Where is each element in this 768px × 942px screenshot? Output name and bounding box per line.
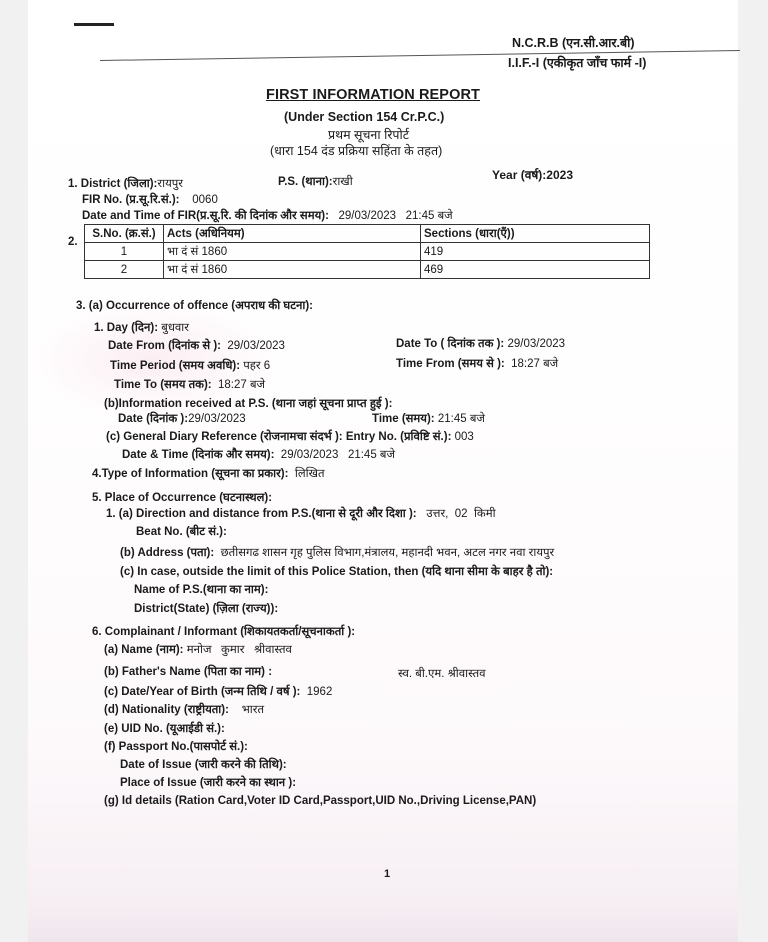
info-time-field: Time (समय): 21:45 बजे [372,411,485,426]
district-field: 1. District (जिला):रायपुर [68,176,183,191]
document-subtitle: (Under Section 154 Cr.P.C.) [284,110,444,124]
day-value: बुधवार [161,322,189,334]
date-to-field: Date To ( दिनांक तक ): 29/03/2023 [396,336,565,351]
date-to-value: 29/03/2023 [507,338,565,350]
info-type-value: लिखित [295,468,325,480]
date-from-value: 29/03/2023 [227,340,285,352]
occurrence-heading: 3. (a) Occurrence of offence (अपराध की घ… [76,298,313,313]
year-label: Year (वर्ष): [492,168,546,182]
info-type-field: 4.Type of Information (सूचना का प्रकार):… [92,466,325,481]
info-date-value: 29/03/2023 [188,413,246,425]
section-cell: 469 [421,261,650,279]
day-label: 1. Day (दिन): [94,322,158,334]
complainant-name-field: (a) Name (नाम): मनोज कुमार श्रीवास्तव [104,642,292,657]
date-to-label: Date To ( दिनांक तक ): [396,338,504,350]
date-from-field: Date From (दिनांक से ): 29/03/2023 [108,338,285,353]
father-name-field: (b) Father's Name (पिता का नाम) : [104,664,272,679]
direction-label: 1. (a) Direction and distance from P.S.(… [106,508,417,520]
gd-label: (c) General Diary Reference (रोजनामचा सं… [106,431,343,443]
uid-label: (e) UID No. (यूआईडी सं.): [104,721,225,736]
district-value: रायपुर [157,178,183,190]
nationality-label: (d) Nationality (राष्ट्रीयता): [104,704,229,716]
table-row: 1 भा दं सं 1860 419 [85,243,650,261]
gd-datetime-label: Date & Time (दिनांक और समय): [122,449,274,461]
entry-value: 003 [455,431,474,443]
nationality-value: भारत [242,704,264,716]
iif-form-label: I.I.F.-I (एकीकृत जाँच फार्म -I) [508,54,646,71]
place-heading: 5. Place of Occurrence (घटनास्थल): [92,490,272,505]
sno-cell: 2 [85,261,164,279]
time-period-field: Time Period (समय अवधि): पहर 6 [110,358,270,373]
nationality-field: (d) Nationality (राष्ट्रीयता): भारत [104,702,264,717]
fir-datetime-value: 29/03/2023 21:45 बजे [339,210,453,222]
info-date-field: Date (दिनांक ):29/03/2023 [118,411,246,426]
pen-mark [74,23,114,26]
complainant-heading: 6. Complainant / Informant (शिकायतकर्ता/… [92,624,355,639]
page-number: 1 [384,868,390,880]
gd-datetime-value: 29/03/2023 21:45 बजे [281,449,395,461]
info-type-label: 4.Type of Information (सूचना का प्रकार): [92,468,288,480]
time-period-value: पहर 6 [243,360,270,372]
fir-number-field: FIR No. (प्र.सू.रि.सं.): 0060 [82,192,218,207]
act-cell: भा दं सं 1860 [164,243,421,261]
sno-cell: 1 [85,243,164,261]
document-title: FIRST INFORMATION REPORT [266,87,480,103]
dob-label: (c) Date/Year of Birth (जन्म तिथि / वर्ष… [104,686,300,698]
ps-name-label: Name of P.S.(थाना का नाम): [134,582,268,597]
time-to-label: Time To (समय तक): [114,379,212,391]
time-to-field: Time To (समय तक): 18:27 बजे [114,377,265,392]
year-field: Year (वर्ष):2023 [492,166,573,183]
fir-datetime-label: Date and Time of FIR(प्र.सू.रि. की दिनां… [82,210,329,222]
address-value: छतीसगढ शासन गृह पुलिस विभाग,मंत्रालय, मह… [221,547,555,559]
father-name-label: (b) Father's Name (पिता का नाम) : [104,666,272,678]
document-subtitle-hindi: (धारा 154 दंड प्रक्रिया सहिंता के तहत) [270,142,442,159]
act-cell: भा दं सं 1860 [164,261,421,279]
table-row: 2 भा दं सं 1860 469 [85,261,650,279]
address-field: (b) Address (पता): छतीसगढ शासन गृह पुलिस… [120,545,554,560]
issue-date-label: Date of Issue (जारी करने की तिथि): [120,757,287,772]
address-label: (b) Address (पता): [120,547,214,559]
dob-value: 1962 [307,686,333,698]
document-title-hindi: प्रथम सूचना रिपोर्ट [328,126,409,143]
direction-field: 1. (a) Direction and distance from P.S.(… [106,506,496,521]
info-date-label: Date (दिनांक ): [118,413,188,425]
direction-value: उत्तर, 02 किमी [426,508,495,520]
fir-number-value: 0060 [192,194,218,206]
section-cell: 419 [421,243,650,261]
acts-header: Acts (अधिनियम) [164,225,421,243]
entry-label: Entry No. (प्रविष्टि सं.): [346,431,452,443]
dob-field: (c) Date/Year of Birth (जन्म तिथि / वर्ष… [104,684,332,699]
district-state-label: District(State) (ज़िला (राज्य)): [134,601,278,616]
table-header-row: S.No. (क्र.सं.) Acts (अधिनियम) Sections … [85,225,650,243]
info-received-heading: (b)Information received at P.S. (थाना जह… [104,396,392,411]
name-label: (a) Name (नाम): [104,644,184,656]
issue-place-label: Place of Issue (जारी करने का स्थान ): [120,775,296,790]
time-from-field: Time From (समय से ): 18:27 बजे [396,356,558,371]
time-period-label: Time Period (समय अवधि): [110,360,240,372]
section-2-number: 2. [68,236,78,248]
district-label: 1. District (जिला): [68,178,157,190]
ps-label: P.S. (थाना): [278,176,333,188]
time-from-value: 18:27 बजे [511,358,558,370]
time-to-value: 18:27 बजे [218,379,265,391]
day-field: 1. Day (दिन): बुधवार [94,320,189,335]
beat-number-label: Beat No. (बीट सं.): [136,524,227,539]
passport-label: (f) Passport No.(पासपोर्ट सं.): [104,739,248,754]
sections-header: Sections (धारा(एँ)) [421,225,650,243]
gd-datetime-field: Date & Time (दिनांक और समय): 29/03/2023 … [122,447,395,462]
info-time-value: 21:45 बजे [438,413,485,425]
fir-datetime-field: Date and Time of FIR(प्र.सू.रि. की दिनां… [82,208,453,223]
id-details-label: (g) Id details (Ration Card,Voter ID Car… [104,795,536,807]
ps-value: राखी [333,176,353,188]
fir-number-label: FIR No. (प्र.सू.रि.सं.): [82,194,179,206]
sno-header: S.No. (क्र.सं.) [85,225,164,243]
year-value: 2023 [546,168,573,182]
info-time-label: Time (समय): [372,413,435,425]
acts-sections-table: S.No. (क्र.सं.) Acts (अधिनियम) Sections … [84,224,650,279]
father-name-value: स्व. बी.एम. श्रीवास्तव [398,666,486,681]
outside-limit-label: (c) In case, outside the limit of this P… [120,564,553,579]
time-from-label: Time From (समय से ): [396,358,505,370]
date-from-label: Date From (दिनांक से ): [108,340,221,352]
ncrb-label: N.C.R.B (एन.सी.आर.बी) [512,34,635,51]
name-value: मनोज कुमार श्रीवास्तव [187,644,292,656]
general-diary-field: (c) General Diary Reference (रोजनामचा सं… [106,429,474,444]
police-station-field: P.S. (थाना):राखी [278,174,353,189]
